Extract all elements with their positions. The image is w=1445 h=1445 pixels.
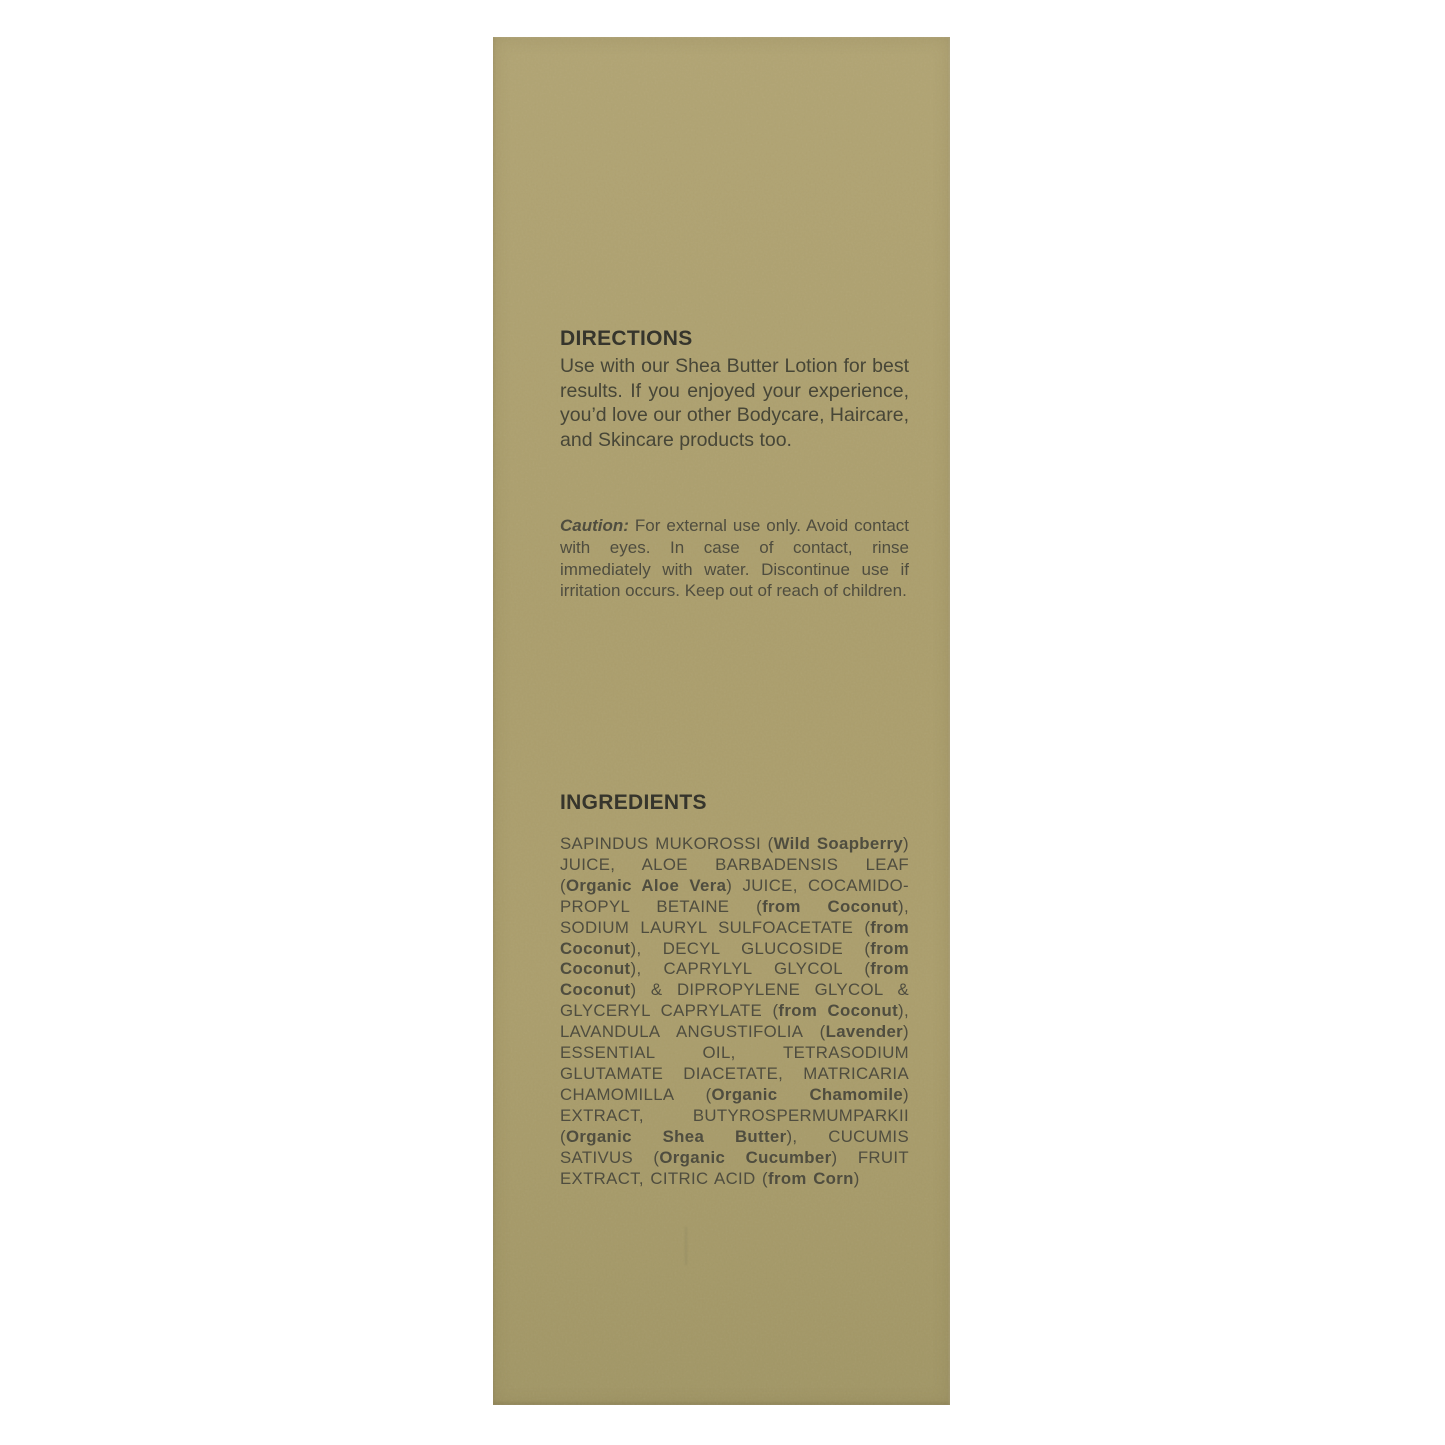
kraft-box-back-panel: DIRECTIONS Use with our Shea Butter Loti…	[493, 37, 950, 1405]
directions-body-text: Use with our Shea Butter Lotion for best…	[560, 354, 909, 453]
ingredients-section: INGREDIENTS SAPINDUS MUKOROSSI (Wild Soa…	[560, 791, 909, 1189]
product-photo-canvas: { "colors": { "backdrop": "#ffffff", "pa…	[0, 0, 1445, 1445]
directions-section: DIRECTIONS Use with our Shea Butter Loti…	[560, 327, 909, 453]
ingredients-heading: INGREDIENTS	[560, 791, 909, 815]
ingredients-body-text: SAPINDUS MUKOROSSI (Wild Soapberry) JUIC…	[560, 834, 909, 1189]
paper-texture	[493, 37, 950, 1405]
caution-body-text: Caution: For external use only. Avoid co…	[560, 515, 909, 602]
paper-crease	[685, 1227, 687, 1265]
caution-section: Caution: For external use only. Avoid co…	[560, 515, 909, 602]
directions-heading: DIRECTIONS	[560, 327, 909, 351]
